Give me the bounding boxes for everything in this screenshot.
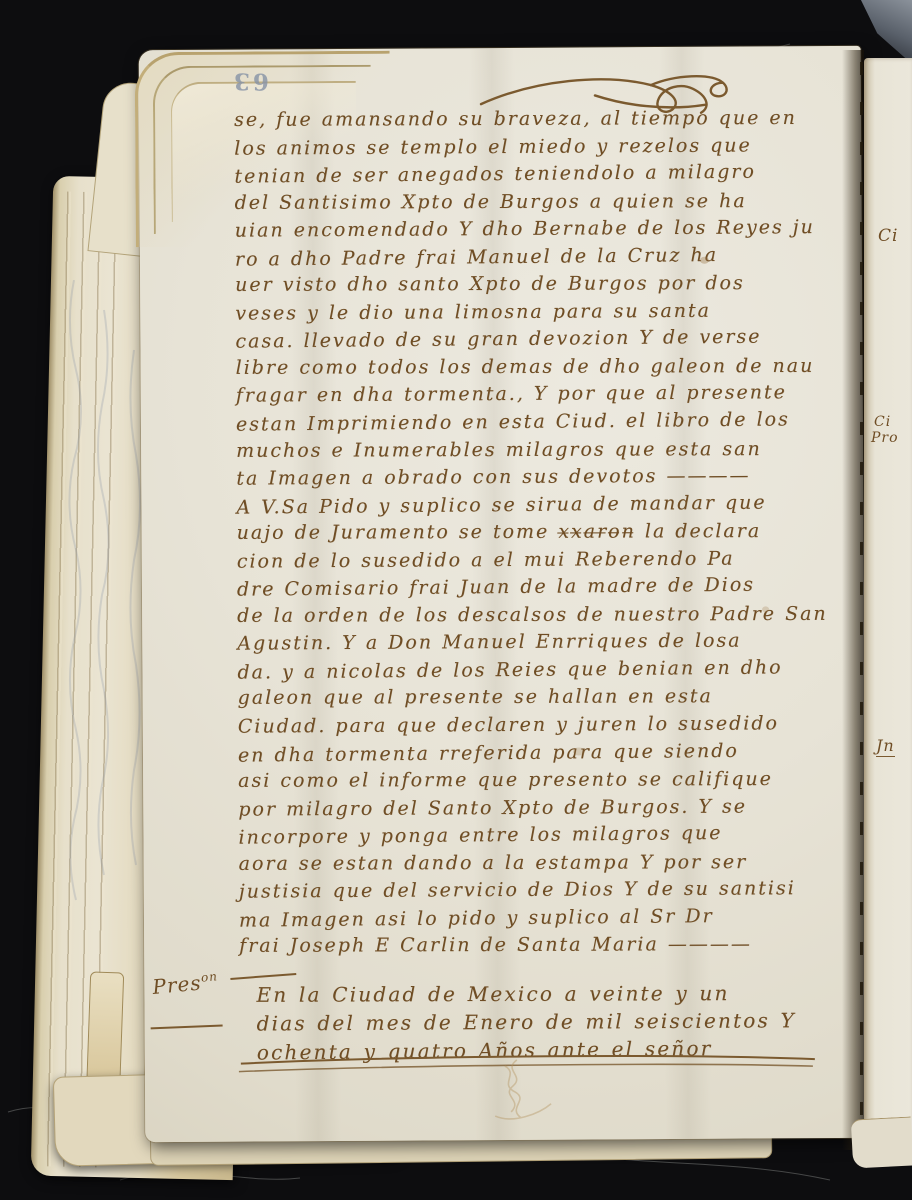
manuscript-line: de la orden de los descalsos de nuestro …	[237, 603, 822, 633]
manuscript-line: En la Ciudad de Mexico a veinte y un	[256, 981, 826, 1011]
manuscript-line: ro a dho Padre frai Manuel de la Cruz ha	[235, 243, 820, 276]
manuscript-line: libre como todos los demas de dho galeon…	[236, 355, 821, 385]
manuscript-line: uajo de Juramento se tome x̶x̶a̶r̶o̶n̶ l…	[237, 520, 822, 550]
manuscript-page: 63 se, fue amansando su braveza, al tiem…	[139, 46, 868, 1142]
manuscript-line: del Santisimo Xpto de Burgos a quien se …	[235, 189, 820, 219]
facing-page-text-fragment: Ci	[878, 226, 898, 246]
margin-note-text: Pres	[151, 970, 202, 998]
manuscript-line: tenian de ser anegados teniendolo a mila…	[234, 160, 819, 193]
manuscript-line: se, fue amansando su braveza, al tiempo …	[234, 107, 819, 137]
manuscript-line: muchos e Inumerables milagros que esta s…	[236, 437, 821, 467]
facing-page-edge: Ci Ci Pro Jn	[864, 58, 912, 1162]
manuscript-line: estan Imprimiendo en esta Ciud. el libro…	[236, 408, 821, 441]
manuscript-line: dias del mes de Enero de mil seiscientos…	[257, 1008, 827, 1039]
facing-page-text-fragment: Ci	[874, 414, 891, 430]
margin-note-flourish	[230, 973, 296, 980]
manuscript-line: uian encomendado Y dho Bernabe de los Re…	[235, 216, 820, 247]
manuscript-line: justisia que del servicio de Dios Y de s…	[239, 877, 824, 908]
binding-stitches	[860, 62, 863, 1142]
bottom-flourish	[455, 1056, 565, 1137]
manuscript-line: ta Imagen a obrado con sus devotos ————	[236, 464, 821, 495]
manuscript-body: se, fue amansando su braveza, al tiempo …	[234, 106, 824, 964]
facing-page-bottom-corner	[851, 1116, 912, 1168]
manuscript-line: galeon que al presente se hallan en esta	[238, 685, 823, 715]
facing-page-text-fragment: Jn	[876, 736, 895, 757]
manuscript-line: incorpore y ponga entre los milagros que	[238, 821, 823, 854]
manuscript-photograph: 63 se, fue amansando su braveza, al tiem…	[0, 0, 912, 1200]
margin-note-superscript: on	[200, 969, 218, 985]
margin-note: Preson	[151, 969, 219, 999]
manuscript-line: ma Imagen asi lo pido y suplico al Sr Dr	[239, 904, 824, 937]
manuscript-line: aora se estan dando a la estampa Y por s…	[239, 851, 824, 881]
manuscript-line: frai Joseph E Carlin de Santa Maria ————	[239, 933, 824, 963]
folio-number: 63	[215, 67, 269, 95]
manuscript-line: asi como el informe que presento se cali…	[238, 768, 823, 798]
manuscript-line: A V.Sa Pido y suplico se sirua de mandar…	[236, 491, 821, 524]
facing-page-text-fragment: Pro	[871, 430, 899, 446]
margin-note-underline	[151, 1024, 223, 1029]
manuscript-line: en dha tormenta rreferida para que siend…	[238, 739, 823, 772]
manuscript-line: Ciudad. para que declaren y juren lo sus…	[238, 712, 823, 743]
manuscript-line: casa. llevado de su gran devozion Y de v…	[235, 325, 820, 358]
manuscript-line: uer visto dho santo Xpto de Burgos por d…	[235, 272, 820, 302]
manuscript-line: dre Comisario frai Juan de la madre de D…	[237, 573, 822, 606]
